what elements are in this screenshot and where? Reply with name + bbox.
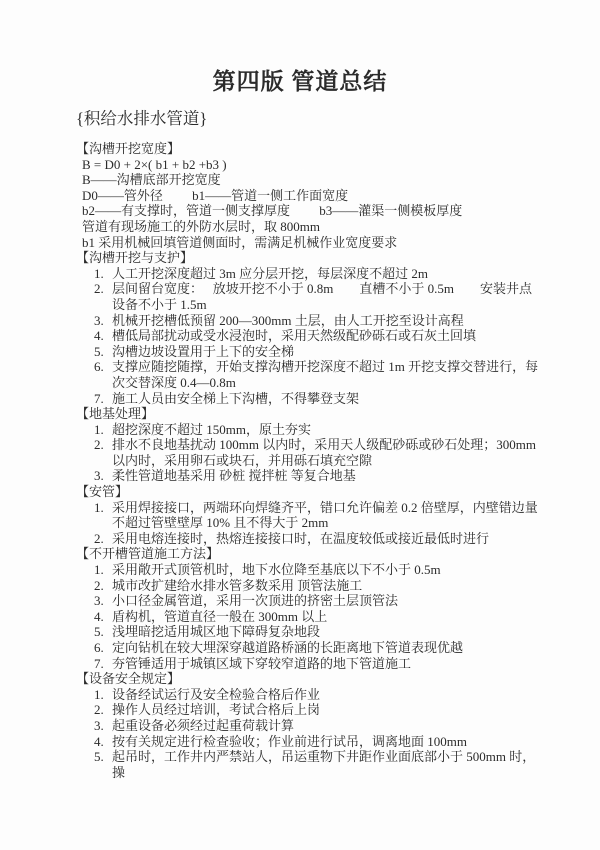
section: 【沟槽开挖与支护】1.人工开挖深度超过 3m 应分层开挖，每层深度不超过 2m2… [76, 250, 544, 406]
item-text: 层间留台宽度： 放坡开挖不小于 0.8m 直槽不小于 0.5m 安装井点设备不小… [112, 281, 532, 312]
item-number: 5. [94, 749, 104, 765]
list-item: 2.操作人员经过培训，考试合格后上岗 [76, 702, 544, 718]
item-text: 采用敞开式顶管机时，地下水位降至基底以下不小于 0.5m [112, 562, 441, 577]
item-text: 槽低局部扰动或受水浸泡时，采用天然级配砂砾石或石灰土回填 [112, 328, 476, 343]
item-number: 3. [94, 718, 104, 734]
section: 【地基处理】1.超挖深度不超过 150mm，原土夯实2.排水不良地基扰动 100… [76, 406, 544, 484]
list-item: 7.施工人员由安全梯上下沟槽，不得攀登支架 [76, 391, 544, 407]
item-number: 2. [94, 702, 104, 718]
section-heading: 【沟槽开挖宽度】 [76, 141, 544, 157]
list-item: 4.按有关规定进行检查验收；作业前进行试吊，调离地面 100mm [76, 734, 544, 750]
item-number: 4. [94, 734, 104, 750]
item-number: 7. [94, 391, 104, 407]
list-item: 2.层间留台宽度： 放坡开挖不小于 0.8m 直槽不小于 0.5m 安装井点设备… [76, 281, 544, 312]
text-line: 管道有现场施工的外防水层时，取 800mm [76, 219, 544, 235]
list-item: 2.采用电熔连接时，热熔连接接口时，在温度较低或接近最低时进行 [76, 531, 544, 547]
list-item: 3.机械开挖槽低预留 200—300mm 土层，由人工开挖至设计高程 [76, 313, 544, 329]
list-item: 6.定向钻机在较大埋深穿越道路桥涵的长距离地下管道表现优越 [76, 640, 544, 656]
list-item: 1.人工开挖深度超过 3m 应分层开挖，每层深度不超过 2m [76, 266, 544, 282]
item-number: 1. [94, 500, 104, 516]
item-number: 3. [94, 593, 104, 609]
item-number: 2. [94, 531, 104, 547]
item-text: 施工人员由安全梯上下沟槽，不得攀登支架 [112, 391, 359, 406]
item-text: 夯管锤适用于城镇区域下穿较窄道路的地下管道施工 [112, 656, 411, 671]
item-number: 1. [94, 562, 104, 578]
page-subtitle: {积给水排水管道} [76, 109, 600, 129]
item-text: 沟槽边坡设置用于上下的安全梯 [112, 344, 294, 359]
list-item: 1.采用敞开式顶管机时，地下水位降至基底以下不小于 0.5m [76, 562, 544, 578]
item-text: 小口径金属管道，采用一次顶进的挤密土层顶管法 [112, 593, 398, 608]
list-item: 1.超挖深度不超过 150mm，原土夯实 [76, 422, 544, 438]
list-item: 5.浅埋暗挖适用城区地下障碍复杂地段 [76, 624, 544, 640]
item-number: 2. [94, 281, 104, 297]
item-text: 支撑应随挖随撑，开始支撑沟槽开挖深度不超过 1m 开挖支撑交替进行，每次交替深度… [112, 359, 538, 390]
document-page: 第四版 管道总结 {积给水排水管道} 【沟槽开挖宽度】B = D0 + 2×( … [0, 0, 600, 850]
section-heading: 【不开槽管道施工方法】 [76, 546, 544, 562]
item-number: 4. [94, 609, 104, 625]
item-number: 5. [94, 624, 104, 640]
list-item: 4.盾构机，管道直径一般在 300mm 以上 [76, 609, 544, 625]
item-text: 柔性管道地基采用 砂桩 搅拌桩 等复合地基 [112, 468, 356, 483]
section: 【沟槽开挖宽度】B = D0 + 2×( b1 + b2 +b3 )B——沟槽底… [76, 141, 544, 250]
section: 【设备安全规定】1.设备经试运行及安全检验合格后作业2.操作人员经过培训，考试合… [76, 671, 544, 780]
list-item: 3.起重设备必须经过起重荷载计算 [76, 718, 544, 734]
item-text: 采用焊接接口，两端环向焊缝齐平，错口允许偏差 0.2 倍壁厚，内壁错边量不超过管… [112, 500, 538, 531]
item-number: 3. [94, 313, 104, 329]
item-number: 5. [94, 344, 104, 360]
item-text: 采用电熔连接时，热熔连接接口时，在温度较低或接近最低时进行 [112, 531, 489, 546]
list-item: 2.排水不良地基扰动 100mm 以内时，采用天人级配砂砾或砂石处理；300mm… [76, 437, 544, 468]
section-heading: 【设备安全规定】 [76, 671, 544, 687]
list-item: 5.沟槽边坡设置用于上下的安全梯 [76, 344, 544, 360]
sections: 【沟槽开挖宽度】B = D0 + 2×( b1 + b2 +b3 )B——沟槽底… [76, 141, 544, 780]
text-line: D0——管外径 b1——管道一侧工作面宽度 [76, 188, 544, 204]
item-number: 2. [94, 578, 104, 594]
item-number: 1. [94, 266, 104, 282]
item-text: 定向钻机在较大埋深穿越道路桥涵的长距离地下管道表现优越 [112, 640, 463, 655]
item-number: 7. [94, 656, 104, 672]
item-text: 起重设备必须经过起重荷载计算 [112, 718, 294, 733]
item-number: 1. [94, 422, 104, 438]
list-item: 7.夯管锤适用于城镇区域下穿较窄道路的地下管道施工 [76, 656, 544, 672]
list-item: 3.小口径金属管道，采用一次顶进的挤密土层顶管法 [76, 593, 544, 609]
page-title: 第四版 管道总结 [0, 0, 600, 96]
item-text: 设备经试运行及安全检验合格后作业 [112, 687, 320, 702]
item-text: 排水不良地基扰动 100mm 以内时，采用天人级配砂砾或砂石处理；300mm 以… [112, 437, 539, 468]
text-line: B——沟槽底部开挖宽度 [76, 172, 544, 188]
list-item: 1.采用焊接接口，两端环向焊缝齐平，错口允许偏差 0.2 倍壁厚，内壁错边量不超… [76, 500, 544, 531]
list-item: 2.城市改扩建给水排水管多数采用 顶管法施工 [76, 578, 544, 594]
item-number: 4. [94, 328, 104, 344]
item-number: 1. [94, 687, 104, 703]
section: 【不开槽管道施工方法】1.采用敞开式顶管机时，地下水位降至基底以下不小于 0.5… [76, 546, 544, 671]
item-number: 3. [94, 468, 104, 484]
item-text: 盾构机，管道直径一般在 300mm 以上 [112, 609, 327, 624]
section: 【安管】1.采用焊接接口，两端环向焊缝齐平，错口允许偏差 0.2 倍壁厚，内壁错… [76, 484, 544, 546]
item-text: 城市改扩建给水排水管多数采用 顶管法施工 [112, 578, 362, 593]
item-text: 浅埋暗挖适用城区地下障碍复杂地段 [112, 624, 320, 639]
section-heading: 【安管】 [76, 484, 544, 500]
list-item: 4.槽低局部扰动或受水浸泡时，采用天然级配砂砾石或石灰土回填 [76, 328, 544, 344]
item-number: 2. [94, 437, 104, 453]
list-item: 3.柔性管道地基采用 砂桩 搅拌桩 等复合地基 [76, 468, 544, 484]
item-number: 6. [94, 640, 104, 656]
text-line: b2——有支撑时，管道一侧支撑厚度 b3——灌渠一侧模板厚度 [76, 203, 544, 219]
item-number: 6. [94, 359, 104, 375]
item-text: 机械开挖槽低预留 200—300mm 土层，由人工开挖至设计高程 [112, 313, 464, 328]
list-item: 1.设备经试运行及安全检验合格后作业 [76, 687, 544, 703]
item-text: 按有关规定进行检查验收；作业前进行试吊，调离地面 100mm [112, 734, 467, 749]
text-line: b1 采用机械回填管道侧面时，需满足机械作业宽度要求 [76, 235, 544, 251]
item-text: 超挖深度不超过 150mm，原土夯实 [112, 422, 311, 437]
item-text: 操作人员经过培训，考试合格后上岗 [112, 702, 320, 717]
list-item: 5.起吊时，工作井内严禁站人，吊运重物下井距作业面底部小于 500mm 时，操 [76, 749, 544, 780]
section-heading: 【地基处理】 [76, 406, 544, 422]
text-line: B = D0 + 2×( b1 + b2 +b3 ) [76, 157, 544, 173]
list-item: 6.支撑应随挖随撑，开始支撑沟槽开挖深度不超过 1m 开挖支撑交替进行，每次交替… [76, 359, 544, 390]
section-heading: 【沟槽开挖与支护】 [76, 250, 544, 266]
document-body: 【沟槽开挖宽度】B = D0 + 2×( b1 + b2 +b3 )B——沟槽底… [76, 141, 544, 780]
item-text: 起吊时，工作井内严禁站人，吊运重物下井距作业面底部小于 500mm 时，操 [112, 749, 535, 780]
item-text: 人工开挖深度超过 3m 应分层开挖，每层深度不超过 2m [112, 266, 428, 281]
